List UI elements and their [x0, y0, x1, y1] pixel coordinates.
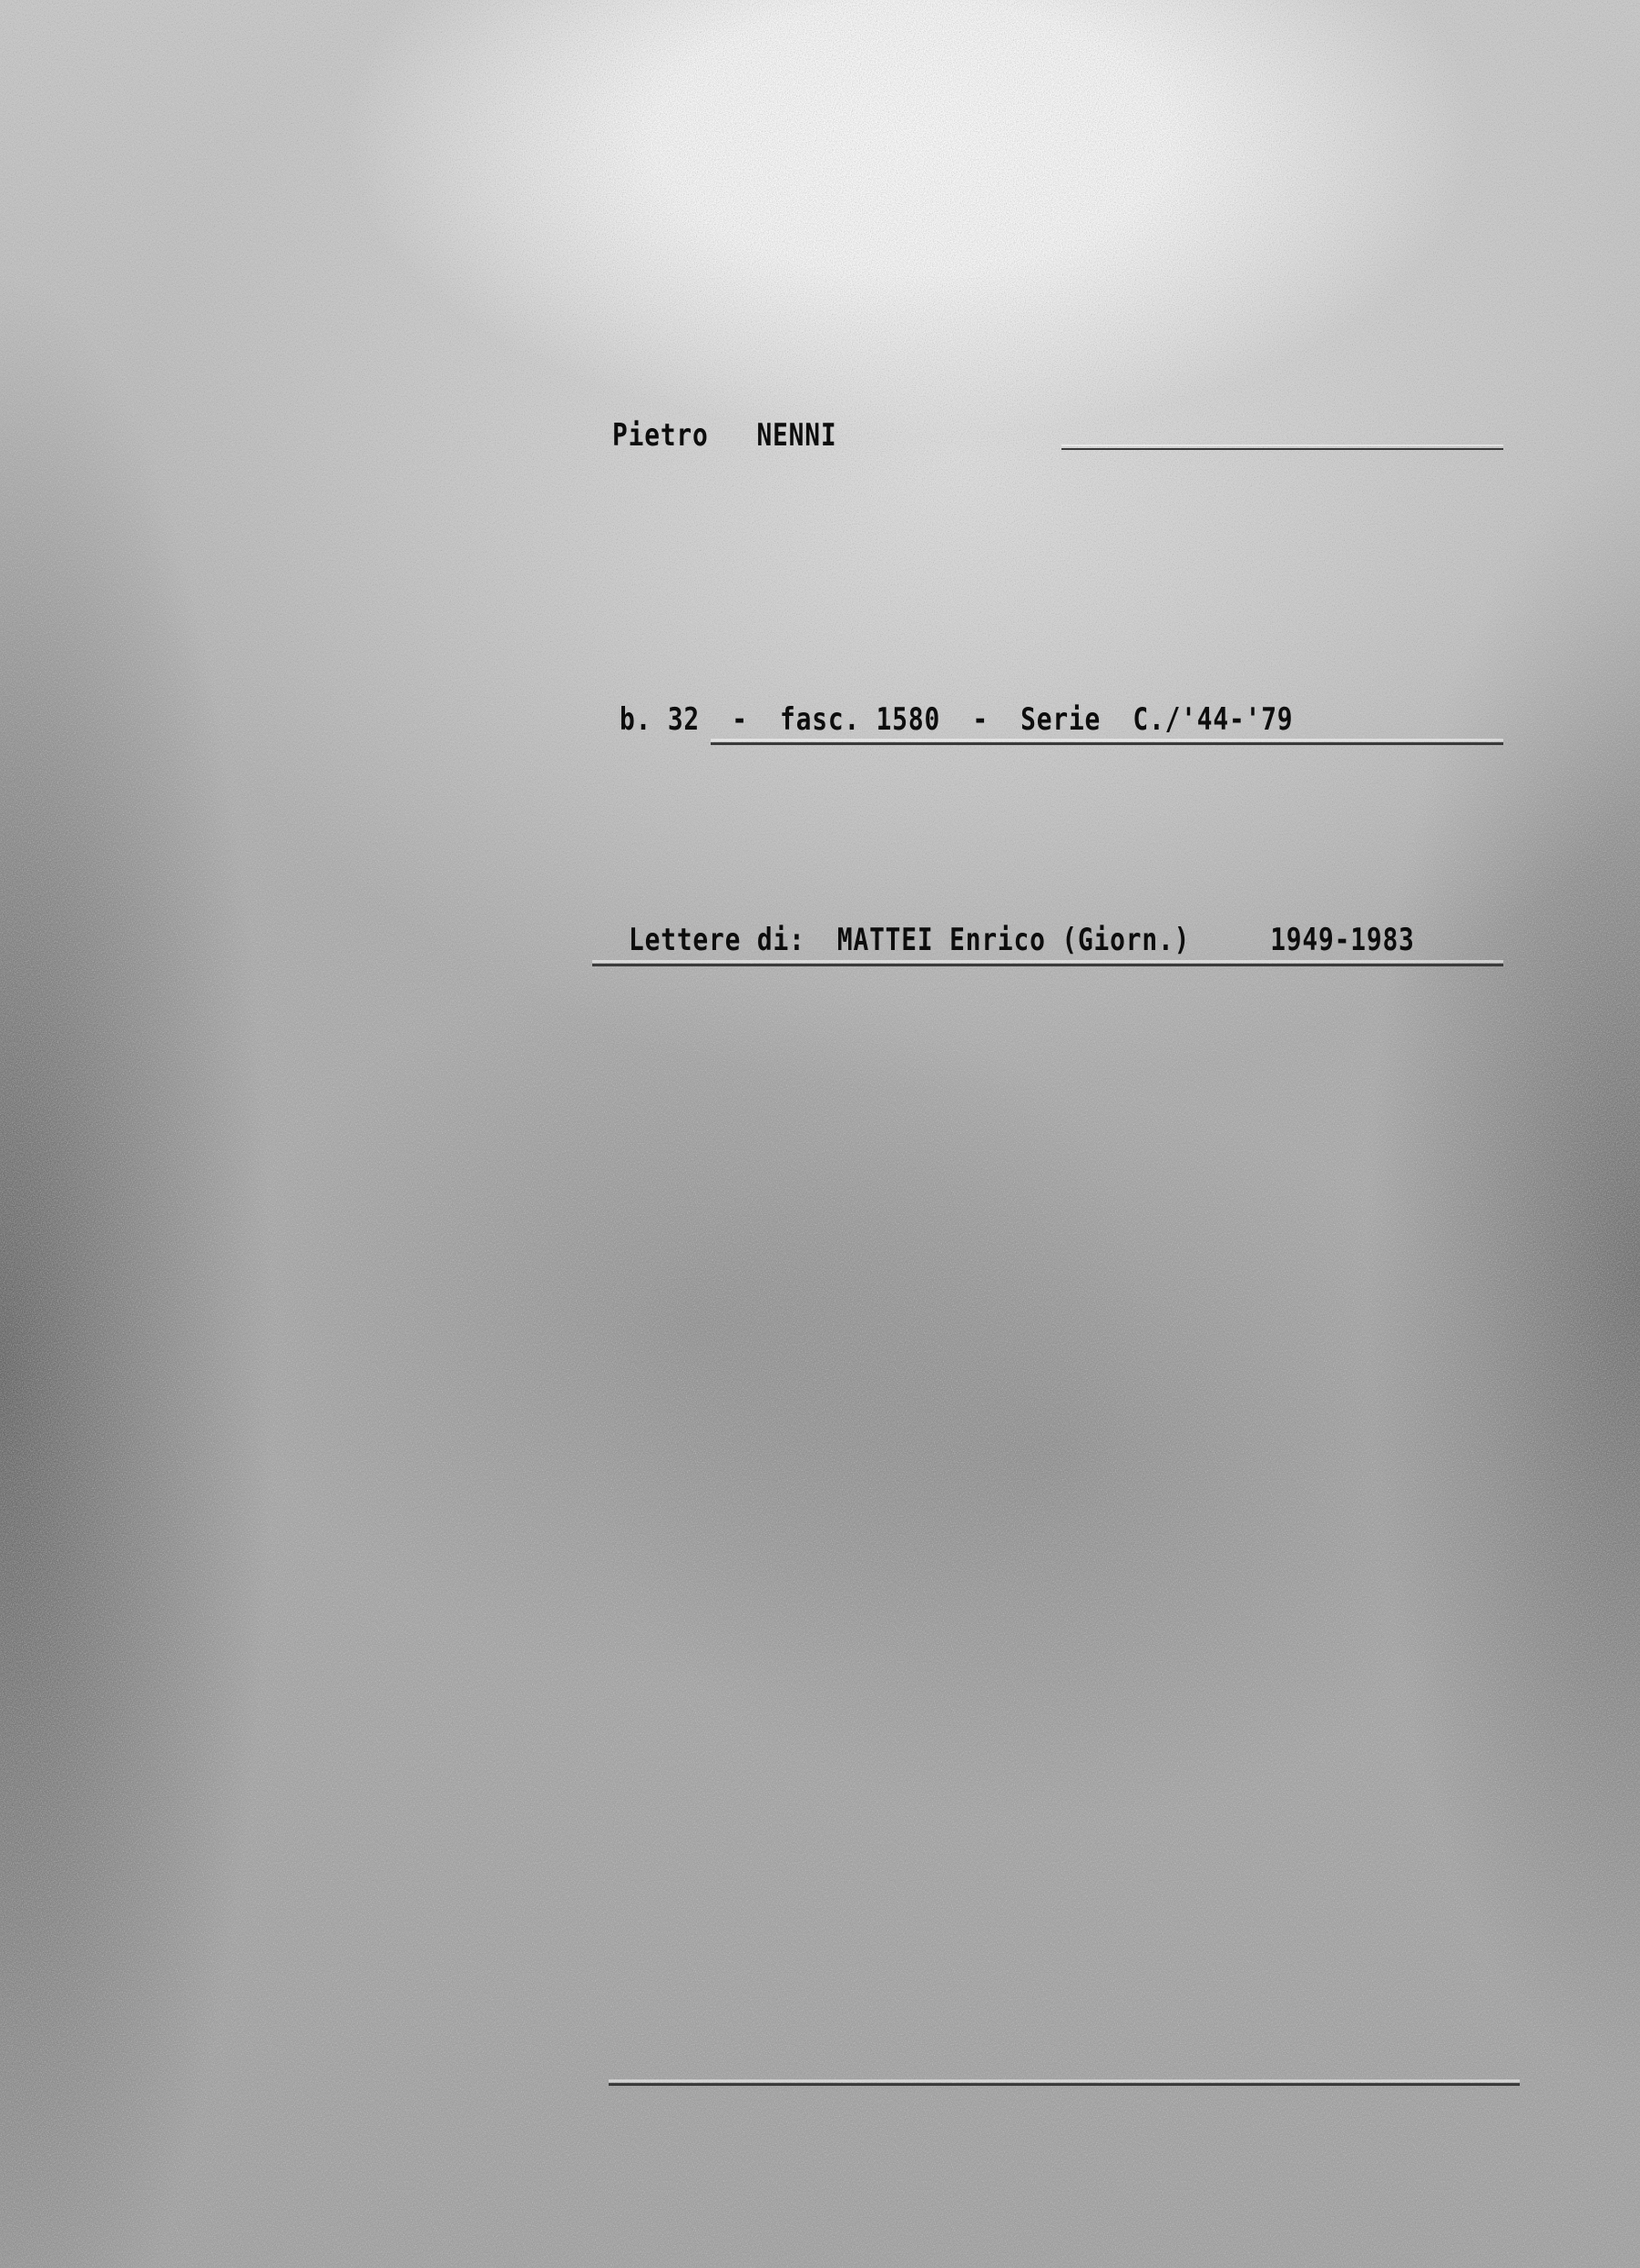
- reference-underline: [711, 742, 1503, 745]
- scanned-folder-cover: Pietro NENNI b. 32 - fasc. 1580 - Serie …: [0, 0, 1640, 2268]
- archive-reference: b. 32 - fasc. 1580 - Serie C./'44-'79: [620, 701, 1293, 738]
- bottom-rule: [609, 2083, 1520, 2086]
- letters-description: Lettere di: MATTEI Enrico (Giorn.) 1949-…: [629, 922, 1415, 958]
- author-name: Pietro NENNI: [612, 417, 836, 454]
- scan-grain: [0, 0, 1640, 2268]
- description-underline: [592, 964, 1503, 966]
- author-underline: [1061, 448, 1503, 450]
